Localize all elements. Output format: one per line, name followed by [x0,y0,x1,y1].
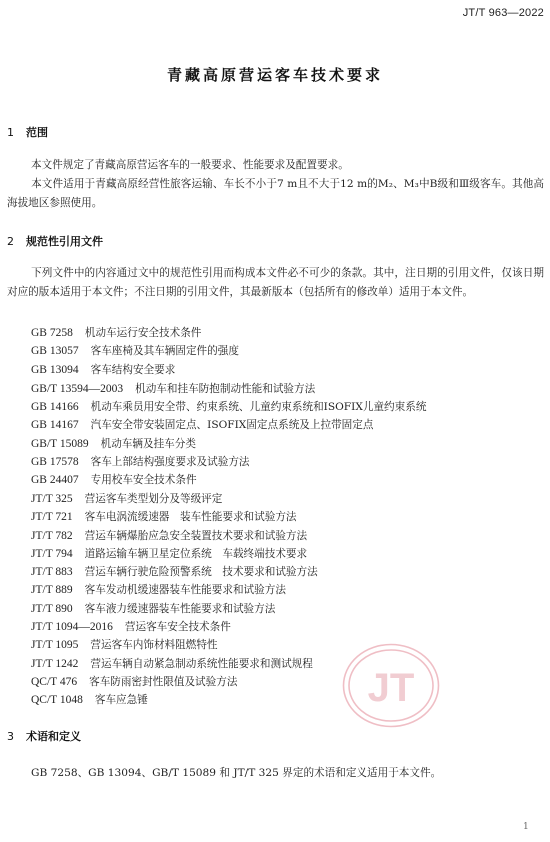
reference-item: GB 24407专用校车安全技术条件 [31,473,197,487]
document-code: JT/T 963—2022 [463,7,544,19]
section-1-heading: 1范围 [7,124,48,140]
reference-item: GB 13094客车结构安全要求 [31,363,175,377]
reference-item: GB 13057客车座椅及其车辆固定件的强度 [31,344,239,358]
reference-item: JT/T 890客车液力缓速器装车性能要求和试验方法 [31,602,275,616]
section-number: 2 [7,235,26,248]
section-title: 规范性引用文件 [26,235,103,248]
section-1-paragraph-2: 本文件适用于青藏高原经营性旅客运输、车长不小于7 m且不大于12 m的M₂、M₃… [7,175,544,213]
reference-item: JT/T 325营运客车类型划分及等级评定 [31,492,222,506]
reference-item: QC/T 476客车防雨密封性限值及试验方法 [31,675,237,689]
svg-text:JT: JT [368,666,415,710]
jt-logo-icon: JT [342,643,440,728]
section-3-paragraph-1: GB 7258、GB 13094、GB/T 15089 和 JT/T 325 界… [7,764,544,783]
reference-item: GB 17578客车上部结构强度要求及试验方法 [31,455,250,469]
section-title: 范围 [26,126,48,139]
section-3-heading: 3术语和定义 [7,728,81,744]
jt-watermark-stamp: JT [342,643,440,728]
reference-item: GB 14166机动车乘员用安全带、约束系统、儿童约束系统和ISOFIX儿童约束… [31,400,426,414]
reference-item: GB/T 15089机动车辆及挂车分类 [31,437,196,451]
reference-item: JT/T 883营运车辆行驶危险预警系统 技术要求和试验方法 [31,565,318,579]
reference-item: JT/T 889客车发动机缓速器装车性能要求和试验方法 [31,583,286,597]
reference-item: JT/T 721客车电涡流缓速器 装车性能要求和试验方法 [31,510,297,524]
section-title: 术语和定义 [26,730,81,743]
document-title: 青藏高原营运客车技术要求 [0,64,550,85]
section-number: 3 [7,730,26,743]
reference-item: JT/T 794道路运输车辆卫星定位系统 车载终端技术要求 [31,547,307,561]
section-2-heading: 2规范性引用文件 [7,233,103,249]
reference-item: JT/T 782营运车辆爆胎应急安全装置技术要求和试验方法 [31,529,307,543]
reference-item: GB/T 13594—2003机动车和挂车防抱制动性能和试验方法 [31,382,315,396]
section-2-paragraph-1: 下列文件中的内容通过文中的规范性引用而构成本文件必不可少的条款。其中，注日期的引… [7,264,544,302]
reference-item: JT/T 1095营运客车内饰材料阻燃特性 [31,638,218,652]
section-1-paragraph-1: 本文件规定了青藏高原营运客车的一般要求、性能要求及配置要求。 [7,156,544,175]
page-number: 1 [523,822,529,832]
reference-item: JT/T 1094—2016营运客车安全技术条件 [31,620,231,634]
reference-item: JT/T 1242营运车辆自动紧急制动系统性能要求和测试规程 [31,657,313,671]
reference-item: GB 14167汽车安全带安装固定点、ISOFIX固定点系统及上拉带固定点 [31,418,373,432]
reference-item: GB 7258机动车运行安全技术条件 [31,326,201,340]
section-number: 1 [7,126,26,139]
reference-item: QC/T 1048客车应急锤 [31,693,148,707]
